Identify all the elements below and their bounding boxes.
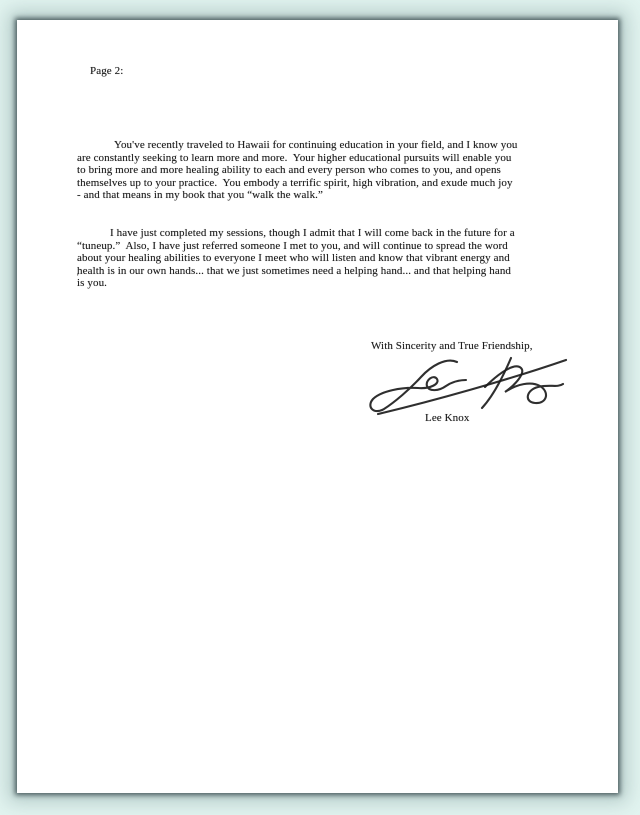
page-number-label: Page 2: (90, 65, 123, 78)
paragraph-1: You've recently traveled to Hawaii for c… (77, 139, 518, 202)
scan-background: Page 2: You've recently traveled to Hawa… (0, 0, 640, 815)
signature-stroke-knox-flourish (485, 366, 563, 403)
paragraph-2: I have just completed my sessions, thoug… (77, 227, 515, 290)
scan-artifact-mark: ' (77, 271, 79, 284)
signer-name: Lee Knox (425, 412, 469, 425)
letter-page: Page 2: You've recently traveled to Hawa… (17, 20, 618, 793)
handwritten-signature-icon (358, 353, 570, 419)
closing-line: With Sincerity and True Friendship, (371, 340, 533, 353)
